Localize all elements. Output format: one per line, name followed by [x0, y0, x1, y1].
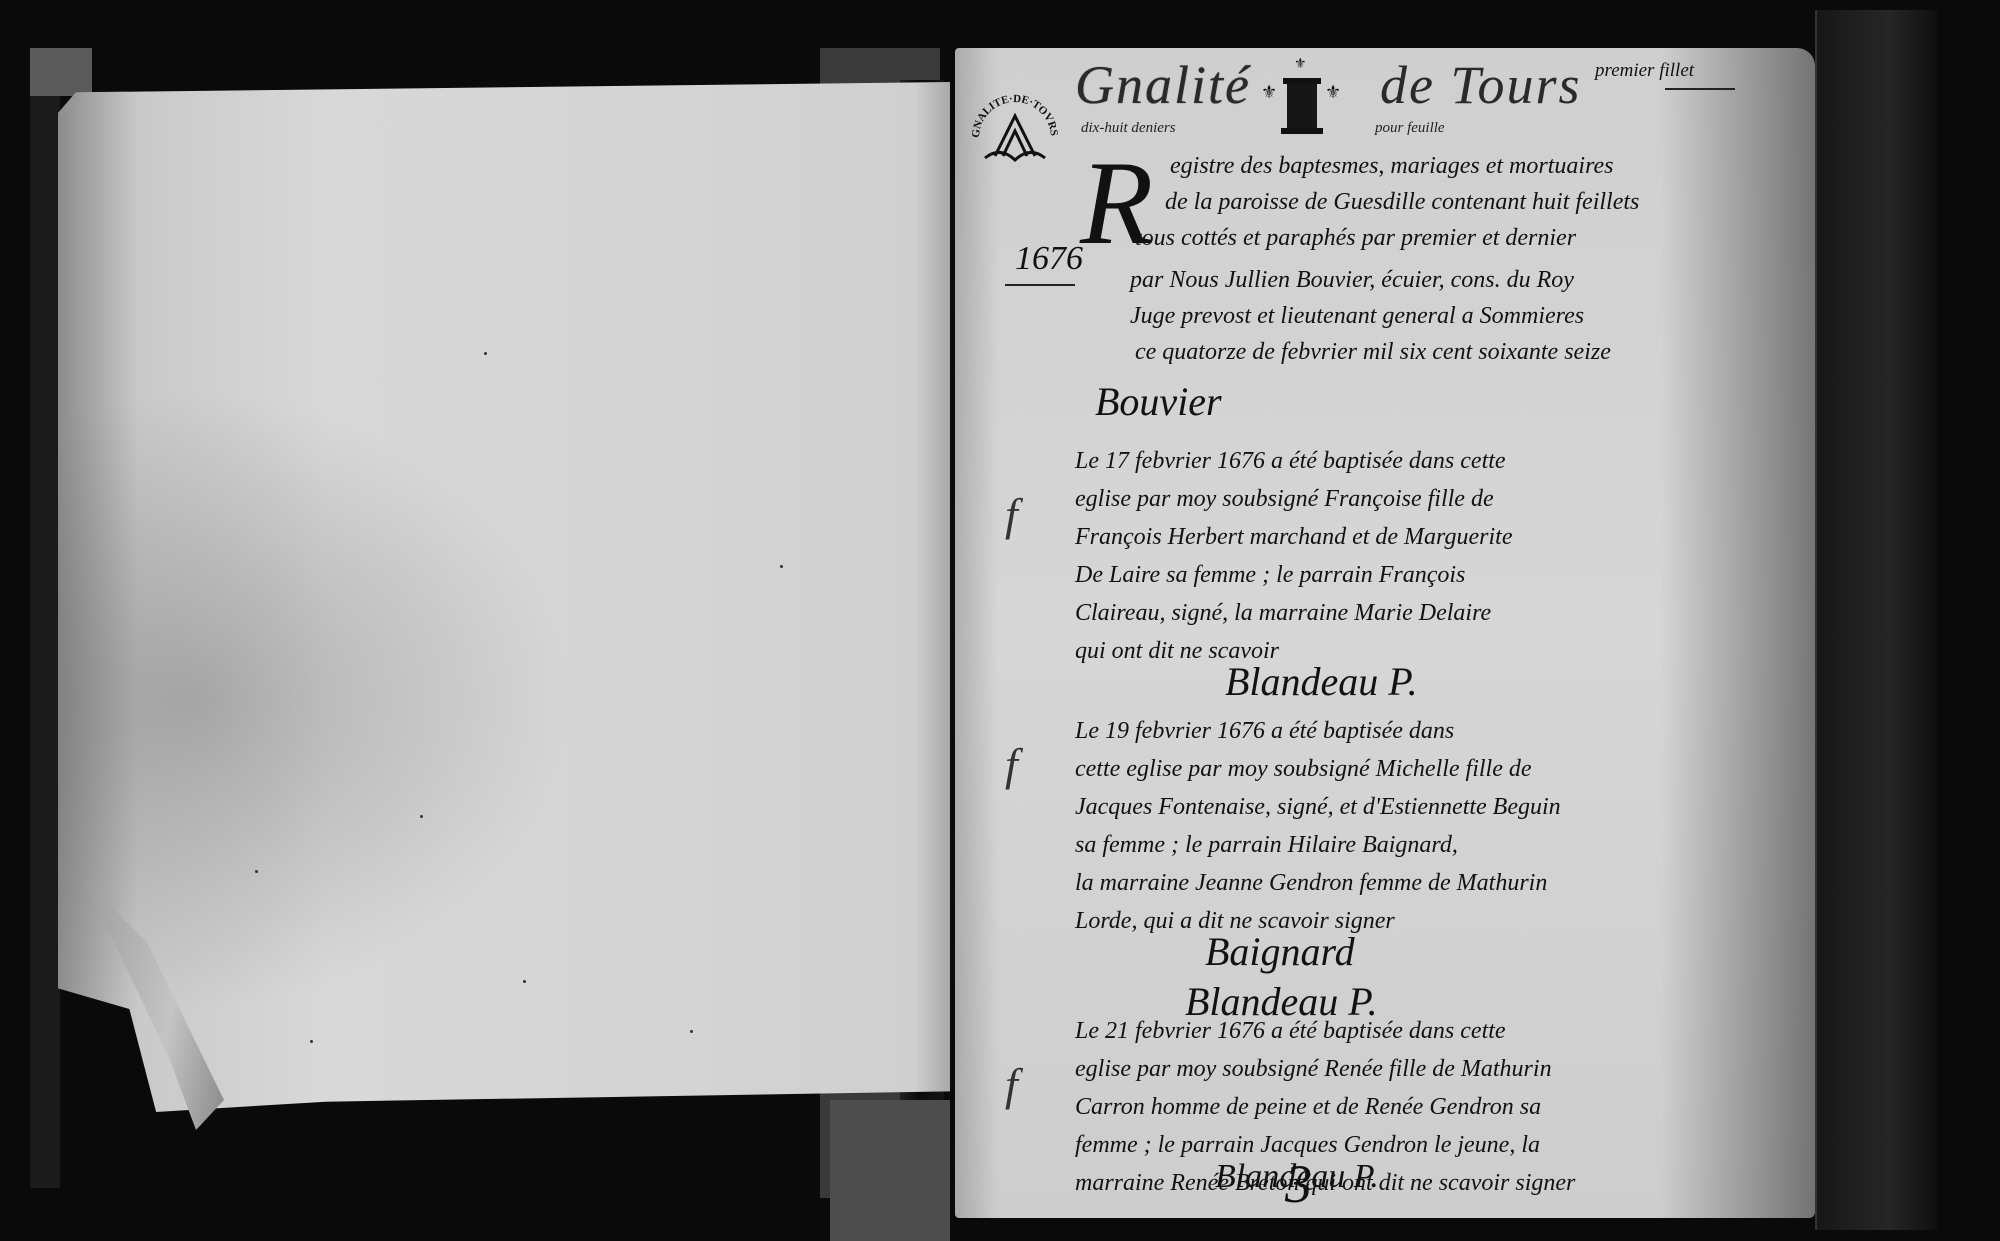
entry-margin-mark: f — [1005, 738, 1018, 791]
paper-speck — [420, 815, 423, 818]
entry-line: Claireau, signé, la marraine Marie Delai… — [1075, 595, 1491, 631]
paper-speck — [523, 980, 526, 983]
year-underline — [1005, 284, 1075, 286]
header-title-de-tours: de Tours — [1380, 54, 1582, 116]
entry-margin-mark: f — [1005, 1058, 1018, 1111]
folio-number: 3 — [1285, 1153, 1312, 1215]
spine-bottom — [830, 1100, 950, 1241]
paper-speck — [255, 870, 258, 873]
entry-line: De Laire sa femme ; le parrain François — [1075, 557, 1465, 593]
entry-line: sa femme ; le parrain Hilaire Baignard, — [1075, 827, 1458, 863]
entry-line: Jacques Fontenaise, signé, et d'Estienne… — [1075, 789, 1561, 825]
preamble-signature: Bouvier — [1095, 378, 1222, 425]
preamble-line: par Nous Jullien Bouvier, écuier, cons. … — [1130, 262, 1574, 298]
paper-speck — [484, 352, 487, 355]
right-page-register: GNALITE·DE·TOVRS Gnalité ⚜ ⚜ ⚜ de Tours … — [955, 48, 1815, 1218]
entry-margin-mark: f — [1005, 488, 1018, 541]
preamble-line: de la paroisse de Guesdille contenant hu… — [1165, 184, 1639, 220]
corner-note: premier fillet — [1595, 60, 1694, 82]
entry-line: Le 17 febvrier 1676 a été baptisée dans … — [1075, 443, 1506, 479]
preamble-line: Juge prevost et lieutenant general a Som… — [1130, 298, 1584, 334]
entry-line: eglise par moy soubsigné Renée fille de … — [1075, 1051, 1552, 1087]
book-cover-right — [1815, 10, 1937, 1230]
entry-line: Le 19 febvrier 1676 a été baptisée dans — [1075, 713, 1454, 749]
entry-line: François Herbert marchand et de Margueri… — [1075, 519, 1512, 555]
entry-line: la marraine Jeanne Gendron femme de Math… — [1075, 865, 1547, 901]
paper-speck — [780, 565, 783, 568]
preamble-line: egistre des baptesmes, mariages et mortu… — [1170, 148, 1614, 184]
cover-corner — [30, 48, 92, 96]
entry-line: eglise par moy soubsigné Françoise fille… — [1075, 481, 1494, 517]
generalite-stamp-icon: GNALITE·DE·TOVRS — [965, 76, 1065, 176]
preamble-line: ce quatorze de febvrier mil six cent soi… — [1135, 334, 1611, 370]
tower-fleur-de-lis-emblem-icon: ⚜ ⚜ ⚜ — [1257, 56, 1347, 136]
ink-flourish — [1665, 88, 1735, 90]
svg-text:⚜: ⚜ — [1261, 82, 1277, 102]
header-subtitle-price: dix-huit deniers — [1081, 120, 1176, 137]
left-page-blank — [58, 82, 950, 1112]
paper-speck — [310, 1040, 313, 1043]
entry-line: Le 21 febvrier 1676 a été baptisée dans … — [1075, 1013, 1506, 1049]
paper-speck — [690, 1030, 693, 1033]
entry-line: Carron homme de peine et de Renée Gendro… — [1075, 1089, 1541, 1125]
entry-signature: Blandeau P. — [1225, 658, 1418, 705]
svg-text:⚜: ⚜ — [1294, 57, 1307, 72]
entry-signature: Baignard — [1205, 928, 1355, 975]
entry-line: cette eglise par moy soubsigné Michelle … — [1075, 751, 1532, 787]
svg-text:⚜: ⚜ — [1325, 82, 1341, 102]
preamble-line: tous cottés et paraphés par premier et d… — [1135, 220, 1576, 256]
book-cover-left — [30, 48, 60, 1188]
margin-year: 1676 — [1015, 240, 1083, 278]
header-subtitle-per-sheet: pour feuille — [1375, 120, 1445, 137]
header-title-generalite: Gnalité — [1075, 54, 1251, 116]
